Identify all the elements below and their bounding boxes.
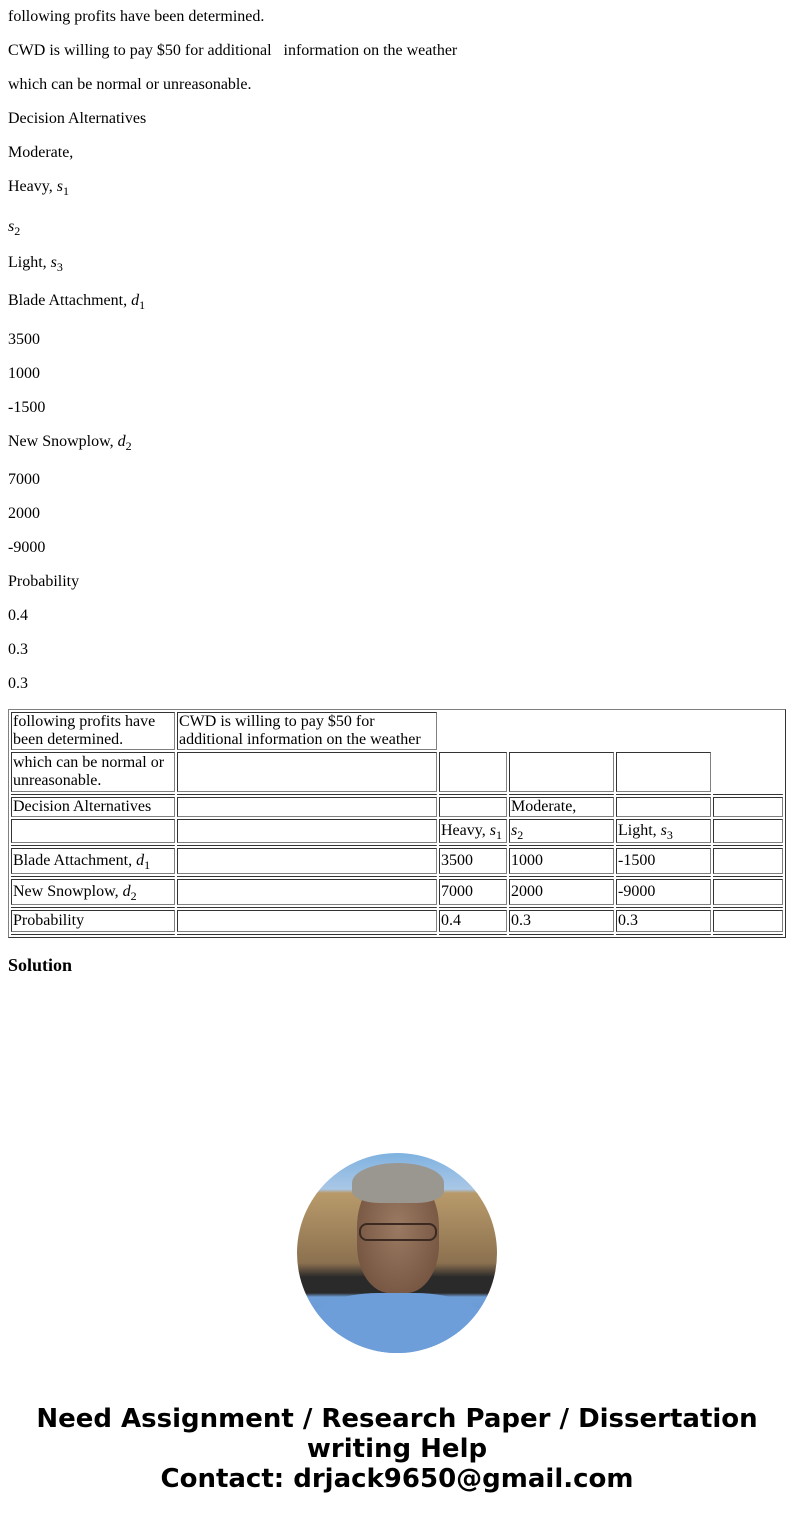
table-cell [11, 819, 175, 843]
paragraph: 0.3 [8, 641, 28, 659]
paragraph: Light, s3 [8, 254, 63, 272]
promo-line-2: writing Help [0, 1434, 794, 1464]
table-cell: which can be normal or unreasonable. [11, 752, 175, 792]
row-label: Blade Attachment, d1 [11, 848, 175, 874]
table-cell [177, 819, 437, 843]
paragraph: which can be normal or unreasonable. [8, 76, 251, 94]
paragraph: Moderate, [8, 144, 73, 162]
table-row: Blade Attachment, d135001000-1500 [11, 848, 783, 874]
payoff-value: 1000 [509, 848, 614, 874]
state-heavy-header: Heavy, s1 [439, 819, 507, 843]
row-label: Probability [11, 910, 175, 932]
payoff-value: 0.3 [616, 910, 711, 932]
table-cell [616, 752, 711, 792]
paragraph: -1500 [8, 399, 45, 417]
table-cell [509, 752, 614, 792]
table-header-cell: Decision Alternatives [11, 797, 175, 817]
payoff-value: 2000 [509, 879, 614, 905]
paragraph: Heavy, s1 [8, 178, 69, 196]
table-row: New Snowplow, d270002000-9000 [11, 879, 783, 905]
paragraph: Decision Alternatives [8, 110, 146, 128]
paragraph: 0.3 [8, 675, 28, 693]
table-cell [713, 848, 783, 874]
solution-heading: Solution [8, 955, 72, 975]
paragraph: New Snowplow, d2 [8, 433, 132, 451]
payoff-value: -1500 [616, 848, 711, 874]
state-moderate-header: s2 [509, 819, 614, 843]
paragraph: following profits have been determined. [8, 8, 264, 26]
table-cell [713, 819, 783, 843]
table-cell [713, 797, 783, 817]
avatar-hair [352, 1163, 444, 1203]
paragraph: Blade Attachment, d1 [8, 292, 145, 310]
table-cell [177, 848, 437, 874]
table-cell: CWD is willing to pay $50 for additional… [177, 712, 437, 750]
payoff-value: -9000 [616, 879, 711, 905]
promo-line-1: Need Assignment / Research Paper / Disse… [0, 1404, 794, 1434]
table-cell [439, 752, 507, 792]
author-avatar [297, 1153, 497, 1353]
payoff-value: 0.4 [439, 910, 507, 932]
avatar-shirt [307, 1293, 487, 1353]
table-cell [177, 752, 437, 792]
paragraph: 3500 [8, 331, 40, 349]
table-cell: following profits have been determined. [11, 712, 175, 750]
table-cell [177, 797, 437, 817]
table-cell [177, 879, 437, 905]
paragraph: Probability [8, 573, 79, 591]
payoff-value: 7000 [439, 879, 507, 905]
paragraph: 7000 [8, 471, 40, 489]
promo-line-3: Contact: drjack9650@gmail.com [0, 1464, 794, 1494]
table-header-cell: Moderate, [509, 797, 614, 817]
row-label: New Snowplow, d2 [11, 879, 175, 905]
payoff-value: 0.3 [509, 910, 614, 932]
payoff-value: 3500 [439, 848, 507, 874]
paragraph: 1000 [8, 365, 40, 383]
paragraph: s2 [8, 218, 20, 236]
avatar-glasses [359, 1223, 437, 1241]
table-cell [177, 910, 437, 932]
table-cell [713, 910, 783, 932]
payoff-table: following profits have been determined. … [8, 709, 786, 938]
paragraph: 2000 [8, 505, 40, 523]
table-cell [616, 797, 711, 817]
paragraph: CWD is willing to pay $50 for additional… [8, 42, 457, 60]
state-light-header: Light, s3 [616, 819, 711, 843]
promo-banner: Need Assignment / Research Paper / Disse… [0, 1404, 794, 1494]
table-cell [713, 879, 783, 905]
table-cell [439, 797, 507, 817]
paragraph: 0.4 [8, 607, 28, 625]
paragraph: -9000 [8, 539, 45, 557]
table-row: Probability0.40.30.3 [11, 910, 783, 932]
